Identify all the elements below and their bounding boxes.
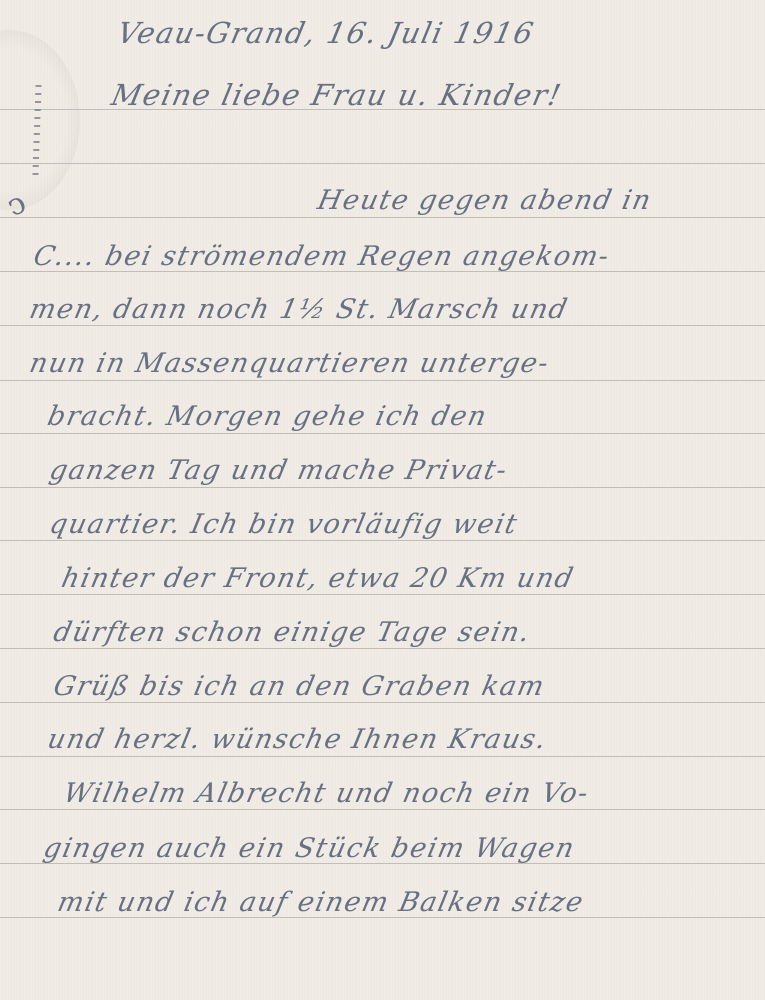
letter-body-line: ganzen Tag und mache Privat- [46, 454, 511, 488]
letter-body-line: dürften schon einige Tage sein. [50, 616, 533, 650]
letter-body-line: nun in Massenquartieren unterge- [26, 347, 552, 381]
letter-body-line: bracht. Morgen gehe ich den [44, 400, 490, 434]
letter-body-line: quartier. Ich bin vorläufig weit [46, 508, 521, 542]
letter-body-line: Heute gegen abend in [314, 184, 655, 218]
letter-body-line: mit und ich auf einem Balken sitze [54, 886, 587, 920]
letter-body-line: Wilhelm Albrecht und noch ein Vo- [60, 777, 592, 811]
letter-body-line: men, dann noch 1½ St. Marsch und [26, 293, 571, 327]
letter-page: ↄ Veau-Grand, 16. Juli 1916 Meine liebe … [0, 0, 765, 1000]
letter-salutation: Meine liebe Frau u. Kinder! [108, 78, 565, 112]
letter-body-line: gingen auch ein Stück beim Wagen [40, 832, 578, 866]
ruled-line [0, 163, 765, 164]
letter-body-line: hinter der Front, etwa 20 Km und [58, 562, 577, 596]
letter-body-line: C.... bei strömendem Regen angekom- [30, 240, 613, 274]
letter-place-date: Veau-Grand, 16. Juli 1916 [114, 16, 537, 50]
letter-body-line: Grüß bis ich an den Graben kam [50, 670, 548, 704]
letter-body-line: und herzl. wünsche Ihnen Kraus. [44, 723, 550, 757]
